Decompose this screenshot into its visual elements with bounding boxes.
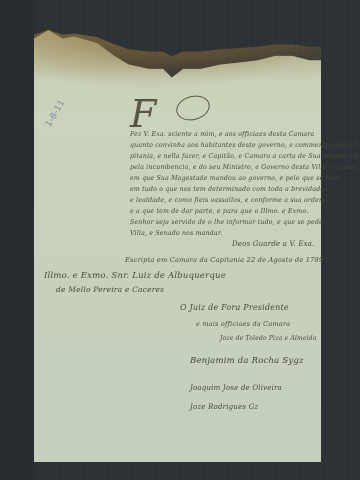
- body-line: pela incumbencia, e do seu Ministro, e G…: [130, 164, 357, 171]
- body-line: Fez V. Exa. sciente a mim, e aos officia…: [130, 131, 314, 138]
- signature: Benjamim da Rocha Sygz: [190, 356, 304, 366]
- signature: Joaquim Jose de Oliveira: [190, 384, 282, 392]
- signature: Joze Rodrigues Gz: [190, 403, 258, 411]
- body-line: pitania, e nella fazer, e Capitão, e Cam…: [130, 153, 359, 160]
- dateline: Escripta em Camara da Capitania 22 de Ag…: [125, 256, 323, 264]
- signatories-header: O Juiz de Fora Presidente: [180, 303, 289, 312]
- signature: Joze de Toledo Piza e Almeida: [220, 335, 317, 342]
- body-line: em que Sua Magestade mandou ao governo, …: [130, 175, 339, 182]
- decorated-initial: F: [130, 92, 156, 136]
- closing-line: Deos Guarde a V. Exa.: [232, 240, 315, 248]
- body-line: quanto convinha aos habitantes deste gov…: [130, 142, 360, 149]
- body-line: Villa, e Senado nos mandar.: [130, 230, 222, 237]
- body-line: em tudo o que nos tem determinado com to…: [130, 186, 324, 193]
- scan-backdrop-edge: [0, 0, 34, 480]
- body-line: e lealdade, e como fieis vassallos, e co…: [130, 197, 325, 204]
- addressee-line-1: Illmo. e Exmo. Snr. Luiz de Albuquerque: [44, 271, 226, 281]
- addressee-line-2: de Mello Pereira e Caceres: [56, 285, 164, 294]
- body-line: e a que tem de dar parte, e para que o I…: [130, 208, 308, 215]
- signatories-subheader: e mais officiaes da Camara: [196, 320, 290, 328]
- body-line: Senhor seja servido de o lhe informar tu…: [130, 219, 323, 226]
